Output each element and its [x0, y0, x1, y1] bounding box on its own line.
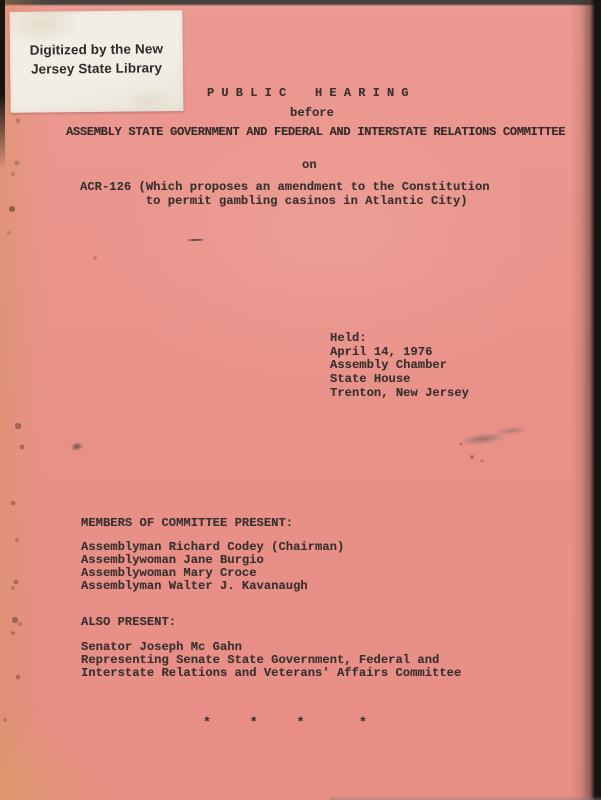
also-present-list: Senator Joseph Mc Gahn Representing Sena… — [81, 641, 461, 681]
asterisk-separator: * * * * — [203, 716, 367, 729]
bill-description: ACR-126 (Which proposes an amendment to … — [80, 181, 490, 208]
scan-speck-artifacts — [0, 0, 2, 2]
scanned-document-page: Digitized by the New Jersey State Librar… — [0, 0, 601, 800]
hearing-type-title: P U B L I C H E A R I N G — [207, 87, 409, 100]
digitization-sticker: Digitized by the New Jersey State Librar… — [9, 10, 183, 113]
before-label: before — [290, 107, 334, 120]
sticker-text: Digitized by the New Jersey State Librar… — [10, 39, 183, 79]
members-present-list: Assemblyman Richard Codey (Chairman) Ass… — [81, 541, 344, 593]
scan-edge-bottom — [330, 796, 601, 800]
gray-smear-stain — [461, 424, 526, 448]
scan-edge-left — [0, 0, 5, 170]
also-present-heading: ALSO PRESENT: — [81, 616, 176, 629]
on-label: on — [302, 159, 317, 172]
committee-name: ASSEMBLY STATE GOVERNMENT AND FEDERAL AN… — [66, 126, 565, 139]
members-present-heading: MEMBERS OF COMMITTEE PRESENT: — [81, 517, 293, 530]
pen-scratch-mark — [187, 239, 204, 241]
ink-smudge — [69, 440, 85, 452]
hearing-details: Held: April 14, 1976 Assembly Chamber St… — [330, 332, 469, 401]
